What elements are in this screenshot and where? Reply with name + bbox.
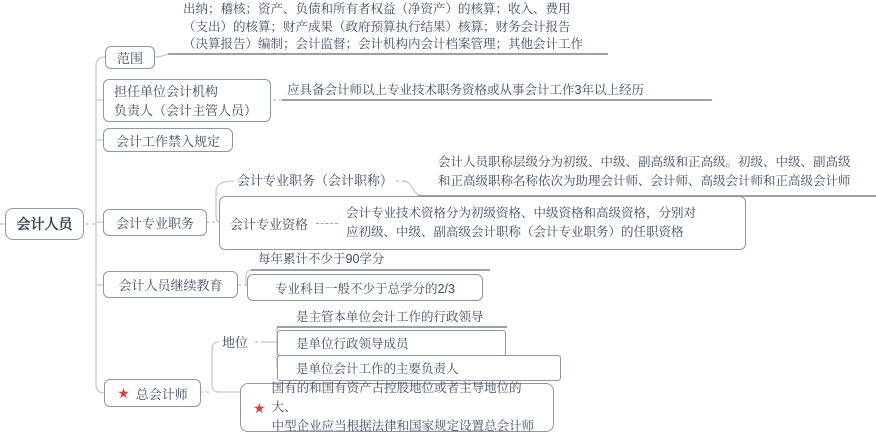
topic-chief-accountant[interactable]: ★ 总会计师 (104, 379, 201, 407)
connector-line (404, 181, 420, 196)
topic-head-detail[interactable]: 应具备会计师以上专业技术职务资格或从事会计工作3年以上经历 (287, 82, 644, 100)
topic-professional-position-label: 会计专业职务 (116, 213, 194, 232)
topic-scope[interactable]: 范围 (105, 46, 155, 69)
connector-dash (316, 223, 338, 224)
topic-status-item-2-label: 是单位行政领导成员 (296, 334, 409, 352)
topic-chief-accountant-label: 总会计师 (136, 384, 188, 403)
topic-credit-requirement[interactable]: 每年累计不少于90学分 (258, 251, 384, 269)
topic-professional-position[interactable]: 会计专业职务 (103, 209, 207, 236)
topic-professional-title[interactable]: 会计专业职务（会计职称） (237, 172, 393, 190)
topic-subject-requirement[interactable]: 专业科目一般不少于总学分的2/3 (247, 274, 483, 301)
topic-chief-requirement-label: 国有的和国有资产占控股地位或者主导地位的大、 中型企业应当根据法律和国家规定设置… (272, 379, 545, 435)
topic-work-ban-label: 会计工作禁入规定 (116, 131, 220, 150)
topic-status[interactable]: 地位 (222, 334, 248, 352)
topic-continuing-education[interactable]: 会计人员继续教育 (103, 271, 238, 298)
topic-status-item-3[interactable]: 是单位会计工作的主要负责人 (277, 355, 561, 381)
topic-professional-qualification-label: 会计专业资格 (230, 214, 308, 233)
topic-status-item-1[interactable]: 是主管本单位会计工作的行政领导 (296, 309, 484, 327)
topic-head-label: 担任单位会计机构 负责人（会计主管人员） (114, 82, 257, 120)
topic-subject-requirement-label: 专业科目一般不少于总学分的2/3 (275, 279, 455, 297)
root-topic[interactable]: 会计人员 (5, 208, 84, 240)
mindmap-canvas: 会计人员 范围 出纳；稽核；资产、负债和所有者权益（净资产）的核算；收入、费用 … (0, 0, 876, 435)
root-topic-label: 会计人员 (17, 214, 73, 234)
topic-scope-detail[interactable]: 出纳；稽核；资产、负债和所有者权益（净资产）的核算；收入、费用 （支出）的核算；… (183, 1, 613, 54)
topic-status-item-2[interactable]: 是单位行政领导成员 (277, 330, 506, 356)
star-icon: ★ (253, 401, 266, 415)
topic-head-of-accounting[interactable]: 担任单位会计机构 负责人（会计主管人员） (103, 79, 271, 122)
topic-continuing-education-label: 会计人员继续教育 (118, 275, 222, 294)
connector-line (155, 54, 168, 57)
topic-professional-title-detail[interactable]: 会计人员职称层级分为初级、中级、副高级和正高级。初级、中级、副高级 和正高级职称… (438, 153, 876, 191)
topic-work-ban[interactable]: 会计工作禁入规定 (103, 128, 233, 152)
topic-professional-qualification-detail: 会计专业技术资格分为初级资格、中级资格和高级资格，分别对 应初级、中级、副高级会… (346, 204, 696, 242)
topic-professional-qualification-group[interactable]: 会计专业资格 会计专业技术资格分为初级资格、中级资格和高级资格，分别对 应初级、… (219, 196, 746, 250)
star-icon: ★ (117, 386, 130, 400)
topic-scope-label: 范围 (117, 48, 143, 67)
topic-chief-requirement[interactable]: ★ 国有的和国有资产占控股地位或者主导地位的大、 中型企业应当根据法律和国家规定… (240, 383, 554, 432)
topic-status-item-3-label: 是单位会计工作的主要负责人 (296, 359, 459, 377)
